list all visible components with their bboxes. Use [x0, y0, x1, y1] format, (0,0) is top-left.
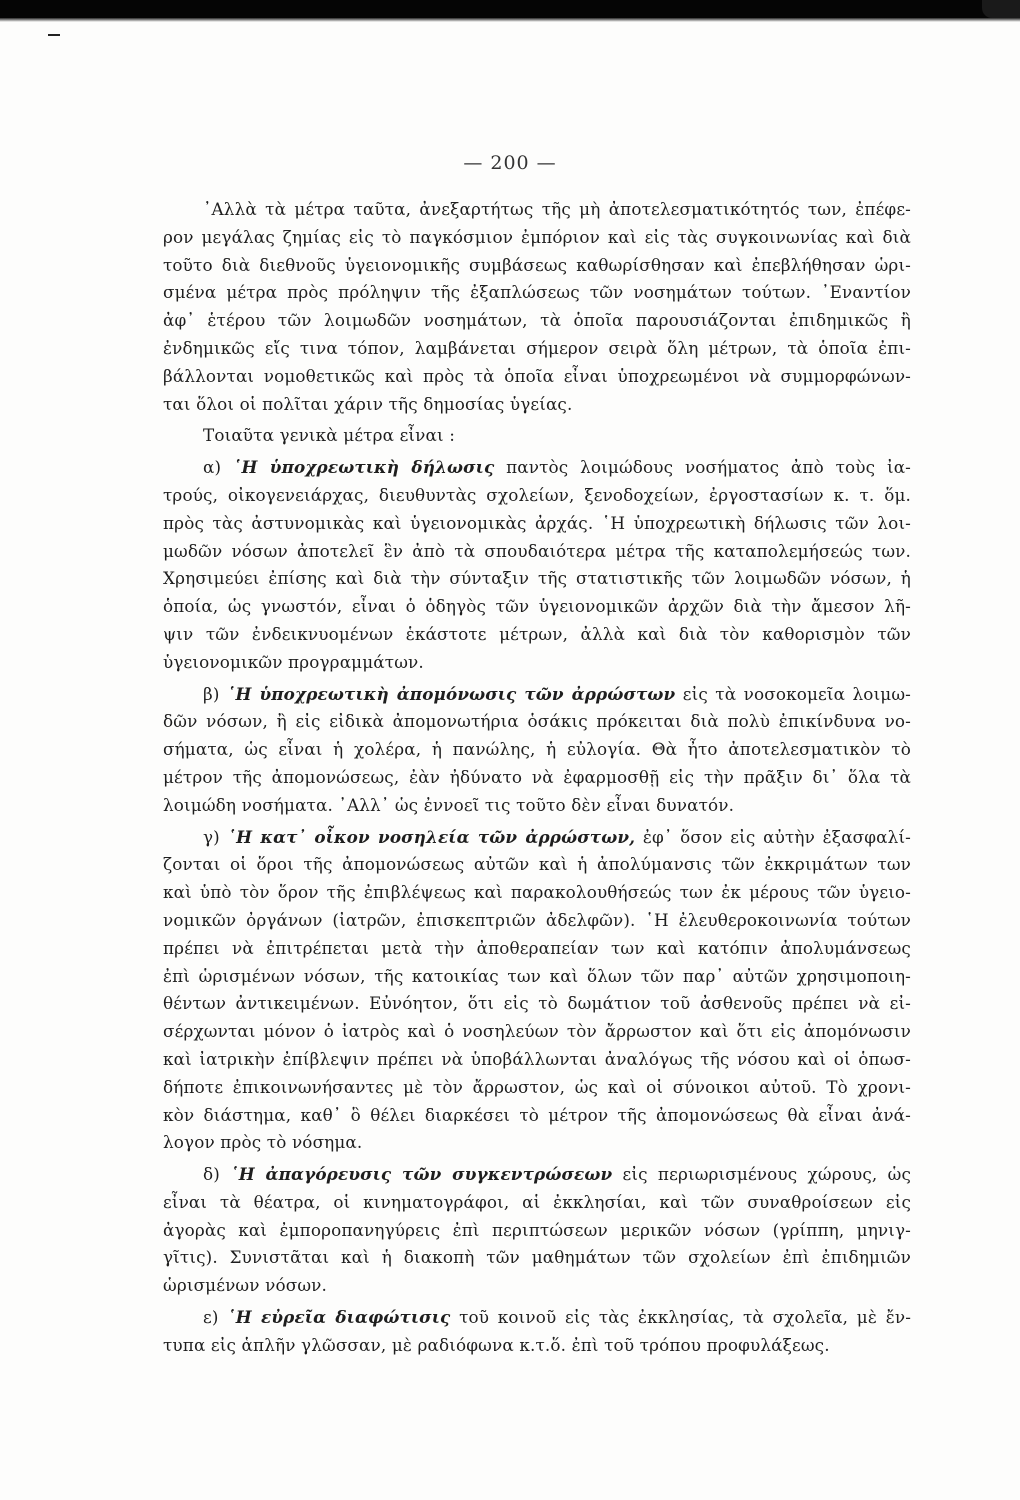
text-line: μέτρον τῆς ἀπομονώσεως, ἐὰν ἠδύνατο νὰ ἐ…: [163, 764, 911, 792]
text-line: πρὸς τὰς ἀστυνομικὰς καὶ ὑγειονομικὰς ἀρ…: [163, 510, 911, 538]
text-line: Χρησιμεύει ἐπίσης καὶ διὰ τὴν σύνταξιν τ…: [163, 565, 911, 593]
text-line: ψιν τῶν ἐνδεικνυομένων ἑκάστοτε μέτρων, …: [163, 621, 911, 649]
text-line: Τοιαῦτα γενικὰ μέτρα εἶναι :: [163, 422, 911, 450]
item-gamma: γ) ῾Η κατ᾿ οἶκον νοσηλεία τῶν ἀρρώστων, …: [163, 824, 911, 1158]
text-line: σήματα, ὡς εἶναι ἡ χολέρα, ἡ πανώλης, ἡ …: [163, 736, 911, 764]
text-line: ᾿Αλλὰ τὰ μέτρα ταῦτα, ἀνεξαρτήτως τῆς μὴ…: [163, 196, 911, 224]
item-text: τοῦ κοινοῦ εἰς τὰς ἐκκλησίας, τὰ σχολεῖα…: [459, 1307, 911, 1327]
item-label: α): [203, 457, 221, 477]
item-heading: ῾Η κατ᾿ οἶκον νοσηλεία τῶν ἀρρώστων,: [228, 827, 636, 847]
text-line: ὡρισμένων νόσων.: [163, 1272, 911, 1300]
text-line: λοιμώδη νοσήματα. ᾿Αλλ᾿ ὡς ἐννοεῖ τις το…: [163, 792, 911, 820]
scan-top-border: [0, 0, 1020, 20]
text-line: τρούς, οἰκογενειάρχας, διευθυντὰς σχολεί…: [163, 482, 911, 510]
text-line: κὸν διάστημα, καθ᾿ ὃ θέλει διαρκέσει τὸ …: [163, 1102, 911, 1130]
item-delta: δ) ῾Η ἀπαγόρευσις τῶν συγκεντρώσεων εἰς …: [163, 1161, 911, 1300]
paragraph-intro: ᾿Αλλὰ τὰ μέτρα ταῦτα, ἀνεξαρτήτως τῆς μὴ…: [163, 196, 911, 418]
text-line: γῖτις). Συνιστᾶται καὶ ἡ διακοπὴ τῶν μαθ…: [163, 1244, 911, 1272]
item-first-line: α) ῾Η ὑποχρεωτικὴ δήλωσις παντὸς λοιμώδο…: [163, 454, 911, 482]
item-first-line: γ) ῾Η κατ᾿ οἶκον νοσηλεία τῶν ἀρρώστων, …: [163, 824, 911, 852]
body-text: ᾿Αλλὰ τὰ μέτρα ταῦτα, ἀνεξαρτήτως τῆς μὴ…: [163, 196, 911, 1360]
item-heading: ῾Η εὐρεῖα διαφώτισις: [227, 1307, 450, 1327]
text-line: βάλλονται νομοθετικῶς καὶ πρὸς τὰ ὁποῖα …: [163, 363, 911, 391]
item-first-line: β) ῾Η ὑποχρεωτικὴ ἀπομόνωσις τῶν ἀρρώστω…: [163, 681, 911, 709]
text-line: καὶ ἰατρικὴν ἐπίβλεψιν πρέπει νὰ ὑποβάλλ…: [163, 1046, 911, 1074]
item-label: ε): [203, 1307, 219, 1327]
text-line: ρον μεγάλας ζημίας εἰς τὸ παγκόσμιον ἐμπ…: [163, 224, 911, 252]
text-line: δήποτε ἐπικοινωνήσαντες μὲ τὸν ἄρρωστον,…: [163, 1074, 911, 1102]
scan-border-edge: [0, 18, 1020, 22]
item-heading: ῾Η ἀπαγόρευσις τῶν συγκεντρώσεων: [230, 1164, 612, 1184]
text-line: ἀγορὰς καὶ ἐμποροπανηγύρεις ἐπὶ περιπτώσ…: [163, 1217, 911, 1245]
text-line: ται ὅλοι οἱ πολῖται χάριν τῆς δημοσίας ὑ…: [163, 391, 911, 419]
text-line: καὶ ὑπὸ τὸν ὅρον τῆς ἐπιβλέψεως καὶ παρα…: [163, 879, 911, 907]
text-line: ἀφ᾿ ἑτέρου τῶν λοιμωδῶν νοσημάτων, τὰ ὁπ…: [163, 307, 911, 335]
item-first-line: δ) ῾Η ἀπαγόρευσις τῶν συγκεντρώσεων εἰς …: [163, 1161, 911, 1189]
text-line: ὁποία, ὡς γνωστόν, εἶναι ὁ ὁδηγὸς τῶν ὑγ…: [163, 593, 911, 621]
item-label: γ): [203, 827, 220, 847]
paragraph-general-measures: Τοιαῦτα γενικὰ μέτρα εἶναι :: [163, 422, 911, 450]
margin-mark: [48, 34, 60, 36]
text-line: ὑγειονομικῶν προγραμμάτων.: [163, 649, 911, 677]
text-line: εἶναι τὰ θέατρα, οἱ κινηματογράφοι, αἱ ἐ…: [163, 1189, 911, 1217]
text-line: μωδῶν νόσων ἀποτελεῖ ἓν ἀπὸ τὰ σπουδαιότ…: [163, 538, 911, 566]
scan-corner: [982, 0, 1020, 18]
text-line: σμένα μέτρα πρὸς πρόληψιν τῆς ἐξαπλώσεως…: [163, 279, 911, 307]
item-beta: β) ῾Η ὑποχρεωτικὴ ἀπομόνωσις τῶν ἀρρώστω…: [163, 681, 911, 820]
item-alpha: α) ῾Η ὑποχρεωτικὴ δήλωσις παντὸς λοιμώδο…: [163, 454, 911, 676]
item-text: εἰς περιωρισμένους χώρους, ὡς: [623, 1164, 911, 1184]
text-line: πρέπει νὰ ἐπιτρέπεται μετὰ τὴν ἀποθεραπε…: [163, 935, 911, 963]
text-line: ἐνδημικῶς εἴς τινα τόπον, λαμβάνεται σήμ…: [163, 335, 911, 363]
text-line: τοῦτο διὰ διεθνοῦς ὑγειονομικῆς συμβάσεω…: [163, 252, 911, 280]
text-line: δῶν νόσων, ἢ εἰς εἰδικὰ ἀπομονωτήρια ὁσά…: [163, 708, 911, 736]
item-text: παντὸς λοιμώδους νοσήματος ἀπὸ τοὺς ἰα-: [506, 457, 911, 477]
item-heading: ῾Η ὑποχρεωτικὴ δήλωσις: [233, 457, 494, 477]
text-line: νομικῶν ὀργάνων (ἰατρῶν, ἐπισκεπτριῶν ἀδ…: [163, 907, 911, 935]
text-line: λογον πρὸς τὸ νόσημα.: [163, 1129, 911, 1157]
item-heading: ῾Η ὑποχρεωτικὴ ἀπομόνωσις τῶν ἀρρώστων: [227, 684, 675, 704]
text-line: ἐπὶ ὡρισμένων νόσων, τῆς κατοικίας των κ…: [163, 963, 911, 991]
item-label: β): [203, 684, 220, 704]
item-first-line: ε) ῾Η εὐρεῖα διαφώτισις τοῦ κοινοῦ εἰς τ…: [163, 1304, 911, 1332]
text-line: τυπα εἰς ἁπλῆν γλῶσσαν, μὲ ραδιόφωνα κ.τ…: [163, 1332, 911, 1360]
text-line: σέρχωνται μόνον ὁ ἰατρὸς καὶ ὁ νοσηλεύων…: [163, 1018, 911, 1046]
item-epsilon: ε) ῾Η εὐρεῖα διαφώτισις τοῦ κοινοῦ εἰς τ…: [163, 1304, 911, 1360]
item-label: δ): [203, 1164, 220, 1184]
page-number: — 200 —: [0, 152, 1020, 174]
text-line: θέντων ἀντικειμένων. Εὐνόητον, ὅτι εἰς τ…: [163, 990, 911, 1018]
text-line: ζονται οἱ ὅροι τῆς ἀπομονώσεως αὐτῶν καὶ…: [163, 851, 911, 879]
item-text: ἐφ᾿ ὅσον εἰς αὐτὴν ἐξασφαλί-: [643, 827, 911, 847]
item-text: εἰς τὰ νοσοκομεῖα λοιμω-: [683, 684, 911, 704]
